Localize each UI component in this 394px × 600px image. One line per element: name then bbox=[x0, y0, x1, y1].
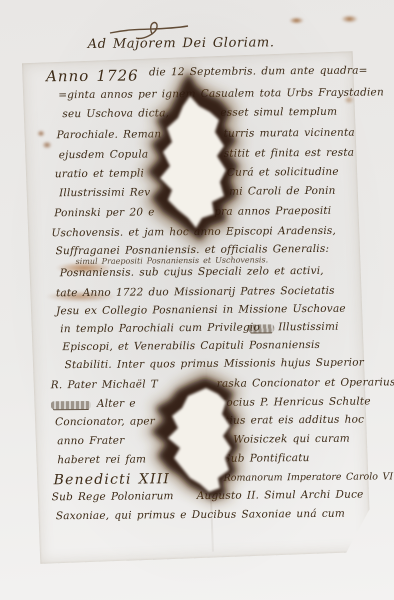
line-text: Romanorum Imperatore Carolo VI bbox=[224, 471, 394, 483]
line-text: Poninski per 20 e bbox=[54, 206, 155, 219]
line-text: haberet rei fam bbox=[57, 453, 146, 466]
line-text: mi Caroli de Ponin bbox=[229, 185, 336, 198]
line-text: Alter e bbox=[97, 398, 136, 410]
line-text: Augusto II. Simul Archi Duce bbox=[197, 489, 364, 502]
line-text: esset simul templum bbox=[220, 106, 337, 119]
line-text: Jesu ex Collegio Posnaniensi in Missione… bbox=[56, 303, 346, 318]
line-text: Episcopi, et Venerabilis Capituli Posnan… bbox=[62, 339, 320, 353]
line-text: uratio et templi bbox=[55, 167, 144, 180]
line-text: simul Praepositi Posnaniensis et Uschove… bbox=[76, 255, 269, 266]
crossed-out-word bbox=[51, 401, 91, 409]
line-text: Anno 1726 bbox=[46, 67, 139, 86]
line-text: Stabiliti. Inter quos primus Missionis h… bbox=[65, 357, 364, 372]
line-text: Posnaniensis. sub cujus Speciali zelo et… bbox=[60, 265, 324, 279]
line-text: Sub Pontificatu bbox=[223, 452, 309, 465]
line-text: Sub Rege Poloniarum bbox=[52, 490, 174, 503]
line-text: ejusdem Copula bbox=[59, 148, 149, 161]
manuscript-photo: Ad Majorem Dei Gloriam. Anno 1726 die 12… bbox=[0, 0, 394, 600]
line-text: turris murata vicinenta bbox=[223, 127, 354, 140]
line-text: anno Frater bbox=[57, 435, 124, 448]
line-text: Illustissimi bbox=[278, 321, 339, 334]
dedication-text: Ad Majorem Dei Gloriam. bbox=[88, 35, 275, 52]
line-text: Benedicti XIII bbox=[53, 471, 170, 488]
line-text: stitit et finita est resta bbox=[224, 147, 355, 160]
line-text: Uschovensis. et jam hoc anno Episcopi Ar… bbox=[51, 225, 336, 239]
line-text: Socius P. Henricus Schulte bbox=[219, 395, 371, 408]
line-text: Saxoniae, qui primus e Ducibus Saxoniae … bbox=[56, 508, 345, 523]
line-text: raska Concionator et Operarius bbox=[217, 376, 394, 390]
line-text: die 12 Septembris. dum ante quadra= bbox=[149, 65, 368, 79]
line-text: Woisiczek qui curam bbox=[233, 433, 350, 446]
line-text: Parochiale. Reman bbox=[57, 128, 162, 141]
line-text: Concionator, aper bbox=[55, 415, 155, 428]
crossed-out-word bbox=[248, 324, 274, 332]
line-text: Illustrissimi Rev bbox=[59, 186, 150, 199]
line-text: R. Pater Michaël T bbox=[51, 378, 158, 391]
line-text: tius erat eis additus hoc bbox=[225, 414, 364, 427]
line-text: =ginta annos per ignem Casualem tota Urb… bbox=[58, 86, 384, 101]
line-text: Curá et solicitudine bbox=[227, 166, 339, 179]
line-text: tate Anno 1722 duo Missionarij Patres So… bbox=[56, 285, 335, 299]
handwriting-layer: Ad Majorem Dei Gloriam. Anno 1726 die 12… bbox=[0, 0, 394, 600]
line-text: in templo Parochiali cum Privilegio bbox=[60, 321, 260, 335]
line-text: pra annos Praepositi bbox=[214, 205, 331, 218]
line-text: seu Uschova dicta, bbox=[62, 107, 169, 120]
